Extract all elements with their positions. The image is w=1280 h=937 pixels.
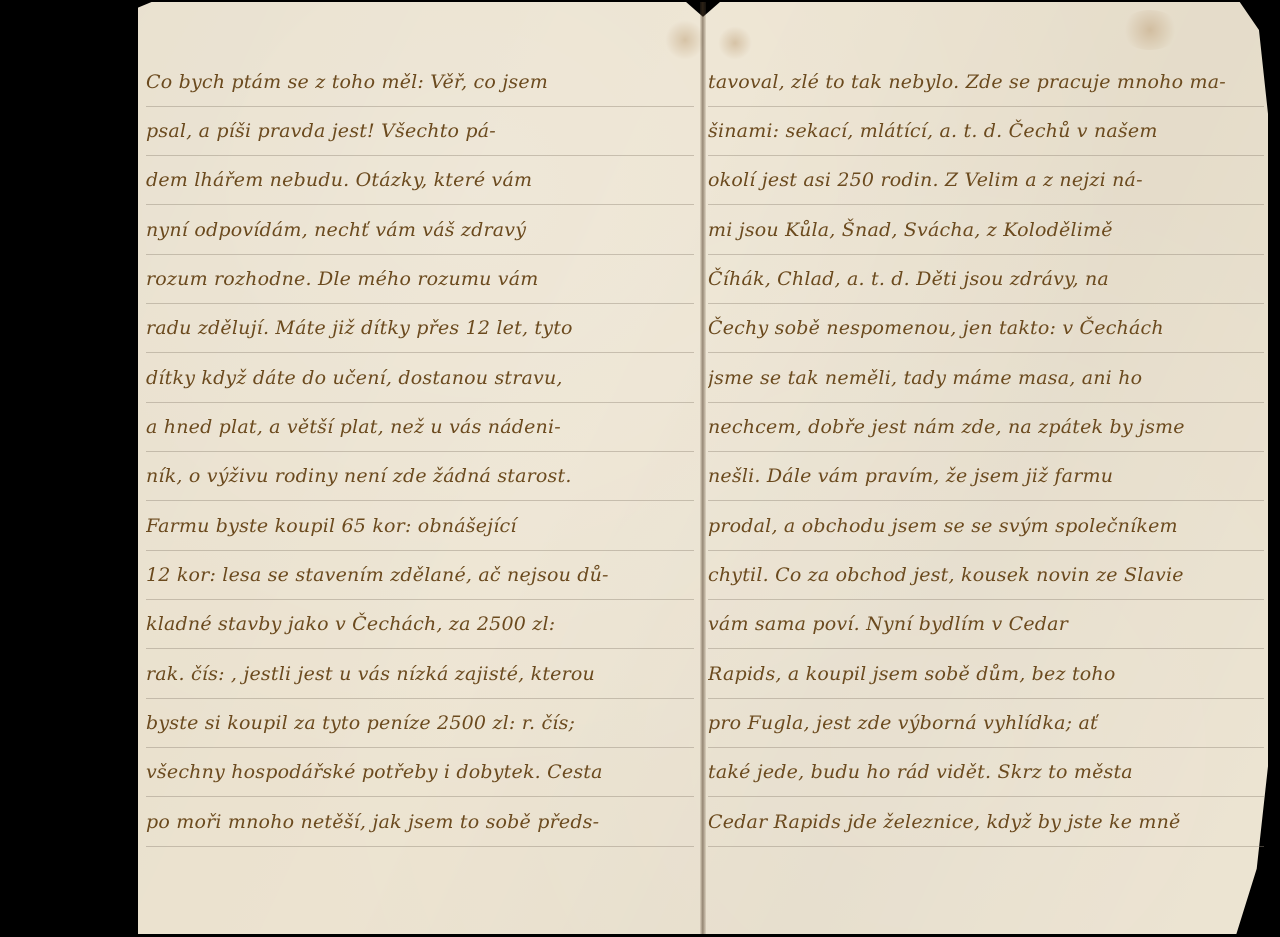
text-line: mi jsou Kůla, Šnad, Svácha, z Kolodělimě — [708, 208, 1264, 255]
text-line: šinami: sekací, mlátící, a. t. d. Čechů … — [708, 109, 1264, 156]
text-line: všechny hospodářské potřeby i dobytek. C… — [146, 750, 694, 797]
text-line: nešli. Dále vám pravím, že jsem již farm… — [708, 454, 1264, 501]
text-line: Číhák, Chlad, a. t. d. Děti jsou zdrávy,… — [708, 257, 1264, 304]
text-line: prodal, a obchodu jsem se se svým společ… — [708, 504, 1264, 551]
text-line: Cedar Rapids jde železnice, když by jste… — [708, 800, 1264, 847]
text-line: a hned plat, a větší plat, než u vás nád… — [146, 405, 694, 452]
text-line: radu zdělují. Máte již dítky přes 12 let… — [146, 306, 694, 353]
text-line: rozum rozhodne. Dle mého rozumu vám — [146, 257, 694, 304]
text-line: dem lhářem nebudu. Otázky, které vám — [146, 158, 694, 205]
text-line: nyní odpovídám, nechť vám váš zdravý — [146, 208, 694, 255]
text-line: pro Fugla, jest zde výborná vyhlídka; ať — [708, 701, 1264, 748]
text-line: Farmu byste koupil 65 kor: obnášející — [146, 504, 694, 551]
text-line: po moři mnoho netěší, jak jsem to sobě p… — [146, 800, 694, 847]
text-line: psal, a píši pravda jest! Všechto pá- — [146, 109, 694, 156]
center-fold — [700, 2, 706, 934]
text-line: ník, o výživu rodiny není zde žádná star… — [146, 454, 694, 501]
text-line: také jede, budu ho rád vidět. Skrz to mě… — [708, 750, 1264, 797]
scan-canvas: Co bych ptám se z toho měl: Věř, co jsem… — [0, 0, 1280, 937]
text-line: Co bych ptám se z toho měl: Věř, co jsem — [146, 60, 694, 107]
text-line: okolí jest asi 250 rodin. Z Velim a z ne… — [708, 158, 1264, 205]
text-line: Rapids, a koupil jsem sobě dům, bez toho — [708, 652, 1264, 699]
text-line: dítky když dáte do učení, dostanou strav… — [146, 356, 694, 403]
text-line: jsme se tak neměli, tady máme masa, ani … — [708, 356, 1264, 403]
text-line: nechcem, dobře jest nám zde, na zpátek b… — [708, 405, 1264, 452]
text-line: 12 kor: lesa se stavením zdělané, ač nej… — [146, 553, 694, 600]
stain-left — [665, 20, 705, 60]
text-line: vám sama poví. Nyní bydlím v Cedar — [708, 602, 1264, 649]
stain-right — [718, 26, 752, 60]
text-line: chytil. Co za obchod jest, kousek novin … — [708, 553, 1264, 600]
text-line: tavoval, zlé to tak nebylo. Zde se pracu… — [708, 60, 1264, 107]
text-line: byste si koupil za tyto peníze 2500 zl: … — [146, 701, 694, 748]
stain-corner — [1120, 10, 1180, 50]
text-line: Čechy sobě nespomenou, jen takto: v Čech… — [708, 306, 1264, 353]
text-line: rak. čís: , jestli jest u vás nízká zaji… — [146, 652, 694, 699]
text-line: kladné stavby jako v Čechách, za 2500 zl… — [146, 602, 694, 649]
